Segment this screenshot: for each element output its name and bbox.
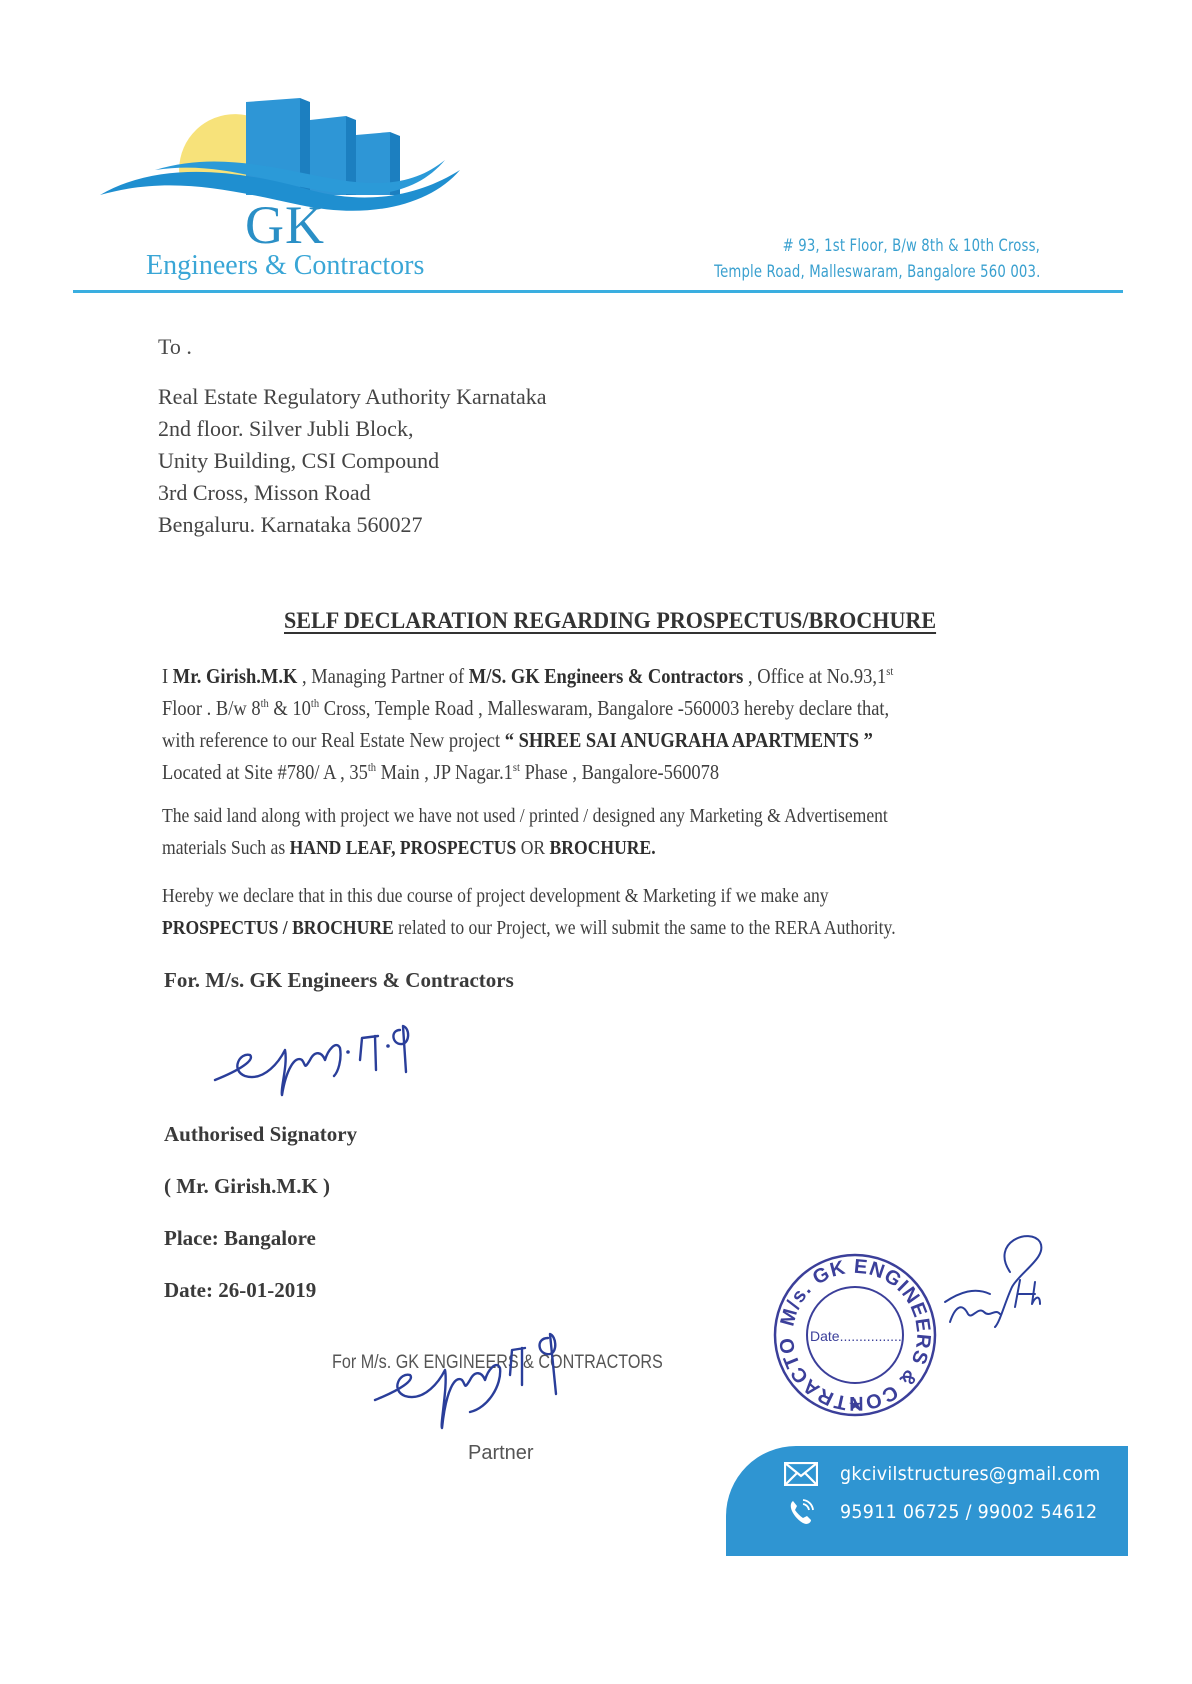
phone-numbers[interactable]: 95911 06725 / 99002 54612 <box>840 1501 1097 1523</box>
para1-line2: Floor . B/w 8th & 10th Cross, Temple Roa… <box>162 692 1007 724</box>
declaration-paragraph: I Mr. Girish.M.K , Managing Partner of M… <box>162 660 1122 788</box>
para2-line2: materials Such as HAND LEAF, PROSPECTUS … <box>162 832 1007 864</box>
address-line-1: # 93, 1st Floor, B/w 8th & 10th Cross, <box>783 236 1040 256</box>
address-line-2: Temple Road, Malleswaram, Bangalore 560 … <box>714 262 1040 282</box>
undertaking-paragraph: Hereby we declare that in this due cours… <box>162 880 1122 944</box>
contact-panel: gkcivilstructures@gmail.com 95911 06725 … <box>726 1446 1128 1556</box>
marketing-paragraph: The said land along with project we have… <box>162 800 1122 864</box>
company-seal: M/s. GK ENGINEERS & CONTRACTORS Date....… <box>770 1250 940 1420</box>
document-title: SELF DECLARATION REGARDING PROSPECTUS/BR… <box>284 608 936 634</box>
brand-initials: GK <box>200 198 370 252</box>
email-link[interactable]: gkcivilstructures@gmail.com <box>840 1463 1101 1485</box>
seal-signature <box>940 1232 1060 1342</box>
header-divider <box>73 290 1123 293</box>
email-row: gkcivilstructures@gmail.com <box>784 1462 1123 1486</box>
declarant-name: Mr. Girish.M.K <box>173 664 298 688</box>
para3-line1: Hereby we declare that in this due cours… <box>162 880 1007 912</box>
recipient-line: Real Estate Regulatory Authority Karnata… <box>158 386 547 408</box>
brand-name: Engineers & Contractors <box>146 252 424 280</box>
company-stamp-role: Partner <box>468 1442 534 1465</box>
recipient-line: Unity Building, CSI Compound <box>158 450 439 472</box>
signatory-name: ( Mr. Girish.M.K ) <box>164 1174 330 1199</box>
para3-line2: PROSPECTUS / BROCHURE related to our Pro… <box>162 912 1007 944</box>
para1-line4: Located at Site #780/ A , 35th Main , JP… <box>162 756 1007 788</box>
recipient-line: 3rd Cross, Misson Road <box>158 482 371 504</box>
phone-icon <box>784 1498 818 1526</box>
place-field: Place: Bangalore <box>164 1226 316 1251</box>
para1-line1: I Mr. Girish.M.K , Managing Partner of M… <box>162 660 1007 692</box>
seal-date-field: Date................ <box>810 1328 902 1344</box>
phone-row: 95911 06725 / 99002 54612 <box>784 1498 1120 1526</box>
salutation: To . <box>158 334 192 360</box>
seal-star-icon: ★ <box>848 1395 862 1414</box>
para1-line3: with reference to our Real Estate New pr… <box>162 724 1007 756</box>
handwritten-signature <box>210 1010 440 1110</box>
signatory-label: Authorised Signatory <box>164 1122 357 1147</box>
para2-line1: The said land along with project we have… <box>162 800 1007 832</box>
recipient-line: Bengaluru. Karnataka 560027 <box>158 514 423 536</box>
project-name: “ SHREE SAI ANUGRAHA APARTMENTS ” <box>505 728 873 752</box>
partner-signature <box>370 1330 570 1440</box>
company-name: M/S. GK Engineers & Contractors <box>469 664 744 688</box>
recipient-line: 2nd floor. Silver Jubli Block, <box>158 418 413 440</box>
date-field: Date: 26-01-2019 <box>164 1278 316 1303</box>
for-company-line: For. M/s. GK Engineers & Contractors <box>164 968 514 993</box>
envelope-icon <box>784 1462 818 1486</box>
